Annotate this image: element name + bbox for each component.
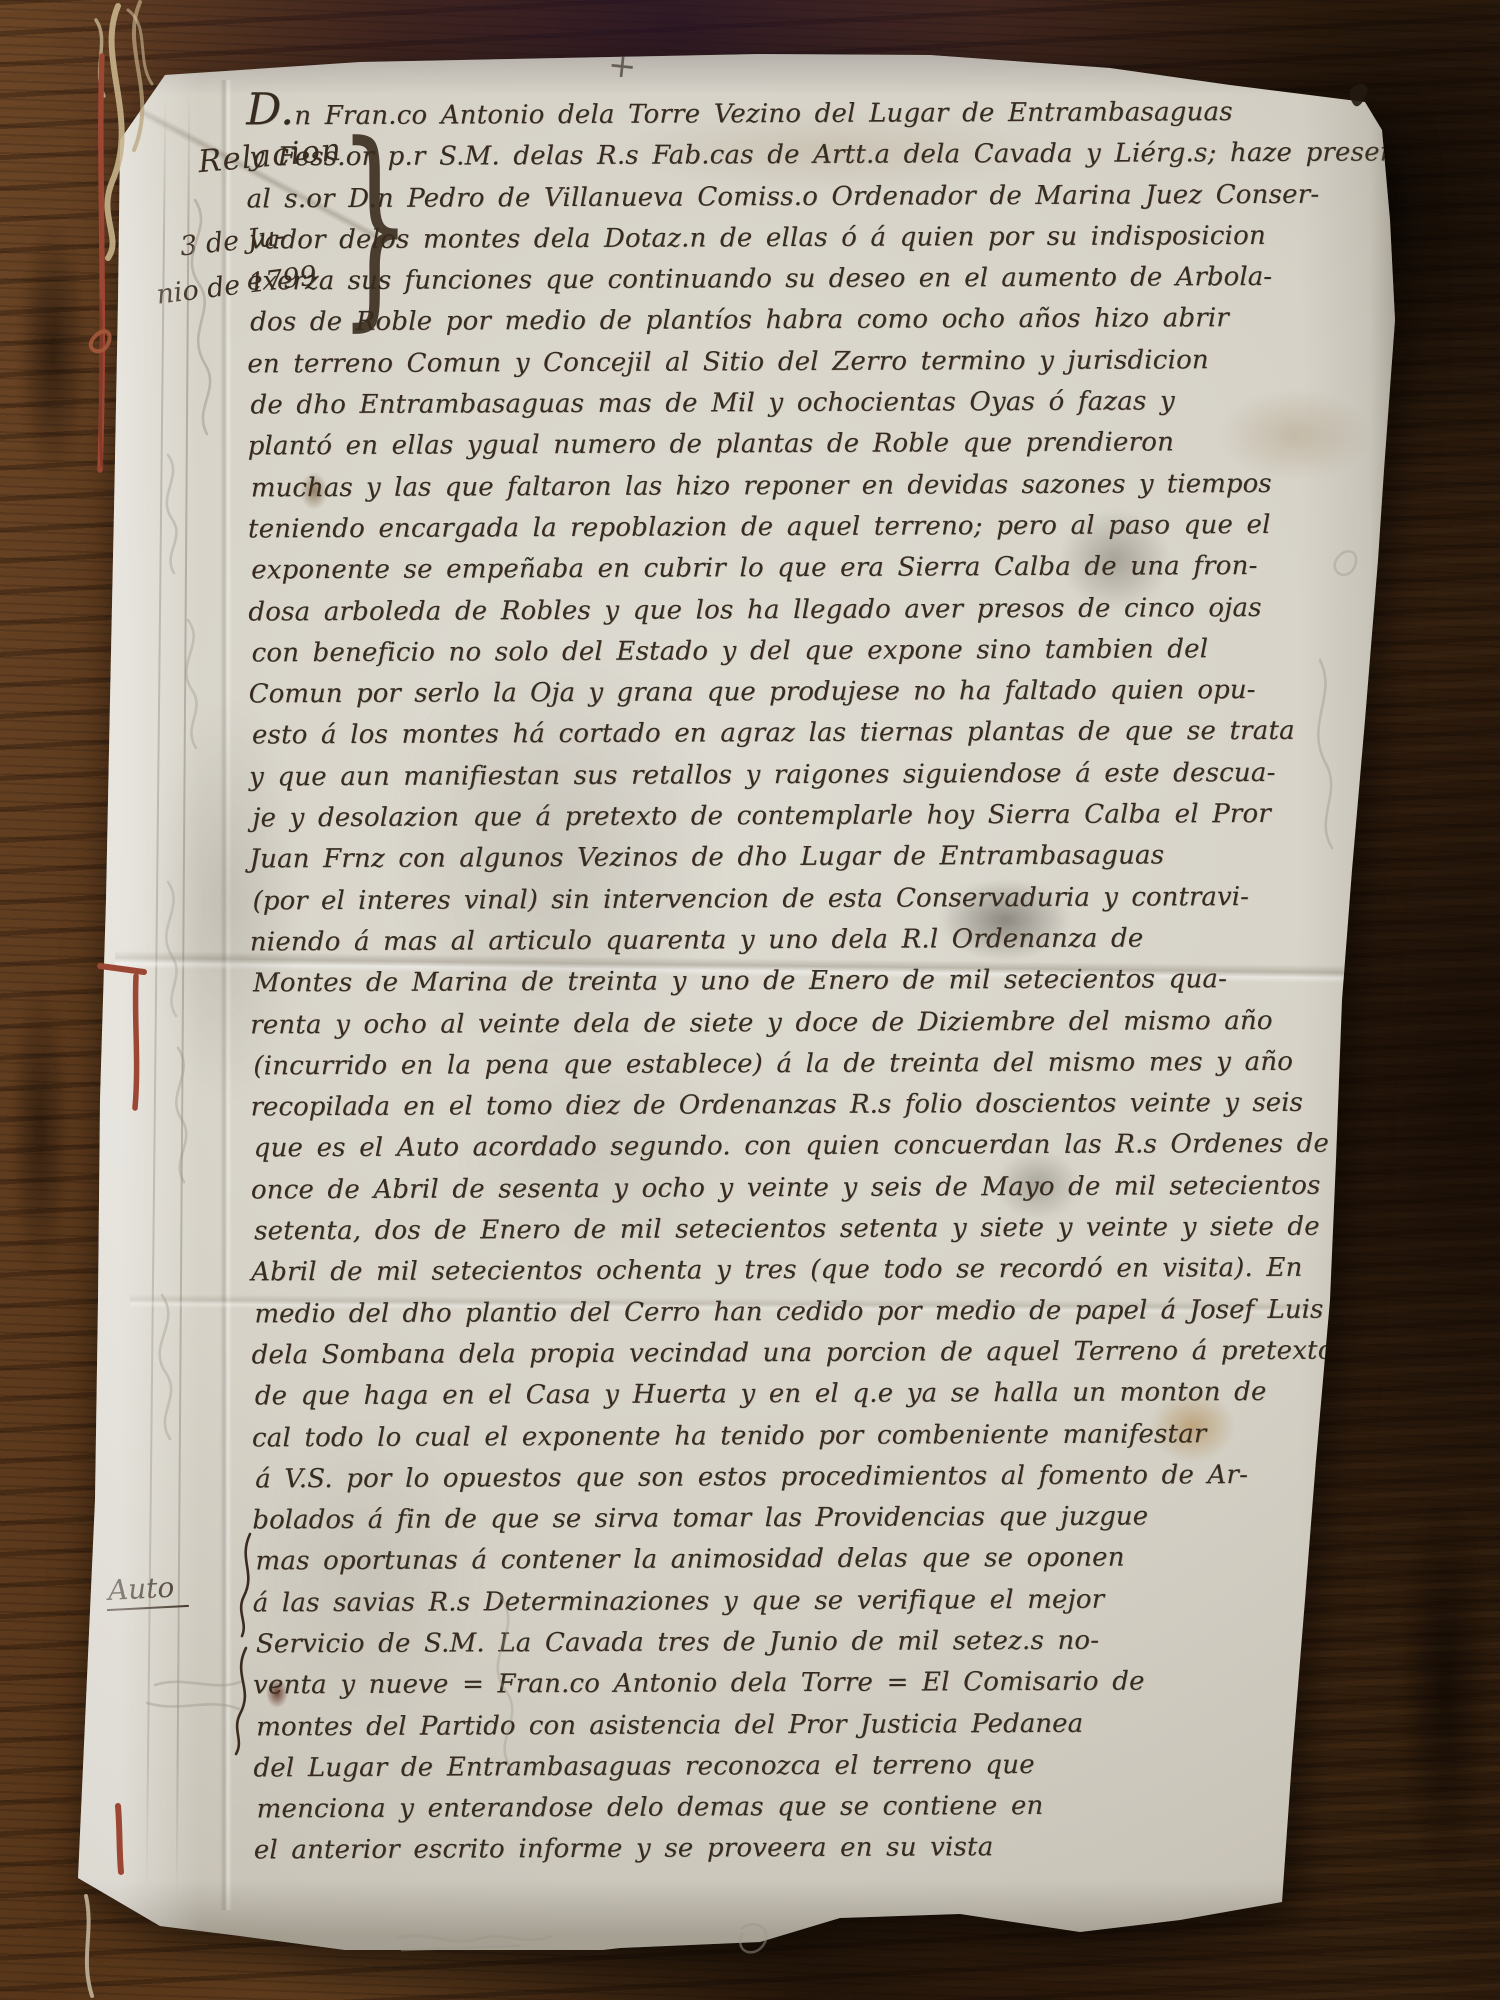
manuscript-line: al s.or D.n Pedro de Villanueva Comiss.o… (246, 174, 1344, 220)
margin-date-line1: 3 de Ju- (179, 221, 287, 263)
manuscript-line: bolados á fin de que se sirva tomar las … (252, 1496, 1350, 1542)
manuscript-line: setenta, dos de Enero de mil setecientos… (254, 1207, 1349, 1253)
vertical-fold-crease (220, 80, 232, 1910)
manuscript-line: montes del Partido con asistencia del Pr… (256, 1702, 1351, 1748)
ink-showthrough-smudge (150, 700, 300, 1100)
ink-showthrough-smudge (460, 1020, 730, 1280)
manuscript-line: cal todo lo cual el exponente ha tenido … (252, 1413, 1350, 1459)
ink-showthrough-smudge (260, 1420, 480, 1720)
ink-showthrough-smudge (390, 640, 720, 1070)
manuscript-line: de dho Entrambasaguas mas de Mil y ochoc… (250, 381, 1345, 427)
horizontal-fold-crease (115, 950, 1345, 983)
manuscript-line: de que haga en el Casa y Huerta y en el … (255, 1372, 1350, 1418)
manuscript-line: muchas y las que faltaron las hizo repon… (251, 463, 1346, 509)
manuscript-line: que es el Auto acordado segundo. con qui… (254, 1124, 1349, 1170)
manuscript-line: niendo á mas al articulo quarenta y uno … (250, 918, 1348, 964)
manuscript-line: medio del dho plantio del Cerro han cedi… (254, 1289, 1349, 1335)
manuscript-line: Abril de mil setecientos ochenta y tres … (251, 1248, 1349, 1294)
stain (1220, 390, 1370, 480)
manuscript-line: Juan Frnz con algunos Vezinos de dho Lug… (249, 835, 1347, 881)
invocation-cross-mark: + (606, 45, 639, 88)
stain (300, 472, 328, 510)
manuscript-line: á V.S. por lo opuestos que son estos pro… (255, 1454, 1350, 1500)
margin-date-line2: nio de 1799 (155, 260, 319, 310)
margin-heading-auto: Auto (105, 1570, 189, 1611)
manuscript-line: je y desolazion que á pretexto de contem… (252, 794, 1347, 840)
stain (995, 1150, 1080, 1220)
manuscript-line: (por el interes vinal) sin intervencion … (253, 876, 1348, 922)
manuscript-line: Comun por serlo la Oja y grana que produ… (249, 670, 1347, 716)
manuscript-line: dosa arboleda de Robles y que los ha lle… (248, 587, 1346, 633)
manuscript-line: menciona y enterandose delo demas que se… (257, 1785, 1352, 1831)
manuscript-line: Montes de Marina de treinta y uno de Ene… (253, 959, 1348, 1005)
stain (940, 880, 1070, 960)
manuscript-photo: + Relacion } 3 de Ju- nio de 1799 Auto D… (0, 0, 1500, 2000)
manuscript-line: dos de Roble por medio de plantíos habra… (250, 298, 1345, 344)
manuscript-text-block: D.n Fran.co Antonio dela Torre Vezino de… (246, 92, 1352, 1873)
manuscript-line: exerza sus funciones que continuando su … (247, 257, 1345, 303)
margin-heading-relacion: Relacion (197, 132, 344, 180)
stain (1150, 1392, 1235, 1462)
folded-sheet-edge (146, 95, 167, 1895)
corner-fold-crease (125, 100, 395, 250)
manuscript-line: y que aun manifiestan sus retallos y rai… (249, 752, 1347, 798)
manuscript-line: once de Abril de sesenta y ocho y veinte… (251, 1165, 1349, 1211)
folded-sheet-edge (176, 90, 190, 1900)
manuscript-line: recopilada en el tomo diez de Ordenanzas… (250, 1083, 1348, 1129)
manuscript-line: (incurrido en la pena que establece) á l… (253, 1041, 1348, 1087)
manuscript-line: con beneficio no solo del Estado y del q… (251, 628, 1346, 674)
manuscript-line: dela Sombana dela propia vecindad una po… (252, 1331, 1350, 1377)
manuscript-line: el anterior escrito informe y se proveer… (254, 1826, 1352, 1872)
stain (266, 1678, 288, 1708)
manuscript-line: del Lugar de Entrambasaguas reconozca el… (253, 1743, 1351, 1789)
manuscript-line: en terreno Comun y Concejil al Sitio del… (247, 339, 1345, 385)
manuscript-line: D.n Fran.co Antonio dela Torre Vezino de… (246, 92, 1344, 138)
margin-brace: } (338, 116, 412, 332)
manuscript-line: plantó en ellas ygual numero de plantas … (248, 422, 1346, 468)
manuscript-line: renta y ocho al veinte dela de siete y d… (250, 1000, 1348, 1046)
manuscript-line: exponente se empeñaba en cubrir lo que e… (251, 546, 1346, 592)
manuscript-line: mas oportunas á contener la animosidad d… (255, 1537, 1350, 1583)
manuscript-line: venta y nueve = Fran.co Antonio dela Tor… (253, 1661, 1351, 1707)
manuscript-line: teniendo encargada la repoblazion de aqu… (248, 505, 1346, 551)
paper-shadow-wrap: + Relacion } 3 de Ju- nio de 1799 Auto D… (0, 0, 1500, 2000)
manuscript-page: + Relacion } 3 de Ju- nio de 1799 Auto D… (60, 40, 1410, 1950)
manuscript-line: Servicio de S.M. La Cavada tres de Junio… (256, 1620, 1351, 1666)
stain (1060, 510, 1170, 610)
stain (620, 110, 1040, 190)
manuscript-line: y Fess.or p.r S.M. delas R.s Fab.cas de … (249, 133, 1344, 179)
manuscript-line: vador delos montes dela Dotaz.n de ellas… (250, 216, 1345, 262)
horizontal-fold-crease (130, 1294, 1310, 1316)
manuscript-line: esto á los montes há cortado en agraz la… (252, 711, 1347, 757)
manuscript-line: á las savias R.s Determinaziones y que s… (253, 1578, 1351, 1624)
